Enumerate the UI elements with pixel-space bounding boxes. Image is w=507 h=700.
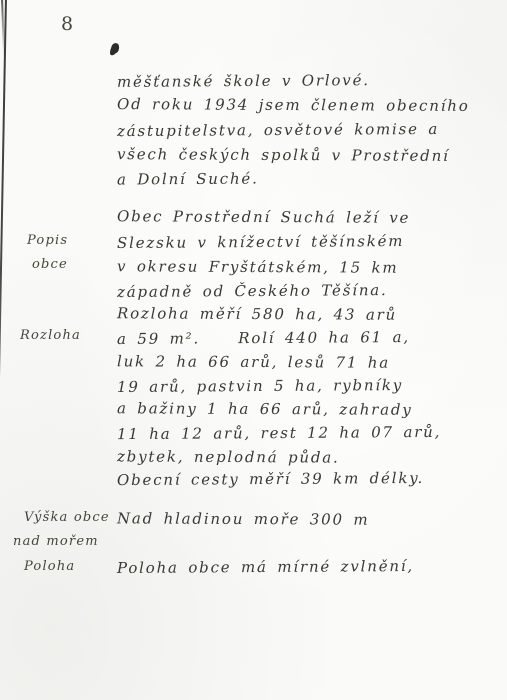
handwritten-line: 19 arů, pastvin 5 ha, rybníky: [117, 376, 403, 396]
handwritten-line: Slezsku v knížectví těšínském: [117, 232, 404, 252]
handwritten-line: Rozloha měří 580 ha, 43 arů: [117, 304, 397, 323]
handwritten-line: všech českých spolků v Prostřední: [117, 145, 450, 165]
margin-label-rozloha: Rozloha: [20, 328, 81, 343]
handwritten-line: a 59 m². Rolí 440 ha 61 a,: [117, 328, 410, 348]
handwritten-line: měšťanské škole v Orlové.: [117, 71, 370, 91]
handwritten-line: Obec Prostřední Suchá leží ve: [117, 207, 410, 227]
scanned-manuscript-page: 8 měšťanské škole v Orlové. Od roku 1934…: [0, 0, 507, 700]
handwritten-line: Od roku 1934 jsem členem obecního: [117, 95, 470, 115]
page-binding-edge-line: [0, 0, 7, 488]
handwritten-line: zbytek, neplodná půda.: [117, 447, 340, 466]
handwritten-line-elevation: Nad hladinou moře 300 m: [117, 509, 370, 528]
margin-label-nad-morem: nad mořem: [13, 534, 99, 549]
handwritten-line: zástupitelstva, osvětové komise a: [117, 120, 439, 140]
page-number: 8: [61, 13, 74, 35]
margin-label-poloha: Poloha: [24, 559, 75, 574]
handwritten-line: a Dolní Suché.: [117, 170, 259, 189]
ink-blot: [109, 42, 120, 55]
handwritten-line: a bažiny 1 ha 66 arů, zahrady: [117, 399, 413, 419]
handwritten-line: 11 ha 12 arů, rest 12 ha 07 arů,: [117, 423, 441, 443]
handwritten-line-position: Poloha obce má mírné zvlnění,: [117, 557, 414, 577]
margin-label-obce: obce: [32, 257, 68, 272]
handwritten-line: v okresu Fryštátském, 15 km: [117, 257, 399, 276]
handwritten-line: západně od Českého Těšína.: [117, 281, 388, 301]
margin-label-vyska-obce: Výška obce: [24, 510, 110, 525]
handwritten-line: Obecní cesty měří 39 km délky.: [117, 469, 424, 489]
margin-label-popis: Popis: [27, 233, 68, 248]
handwritten-line: luk 2 ha 66 arů, lesů 71 ha: [117, 352, 390, 371]
